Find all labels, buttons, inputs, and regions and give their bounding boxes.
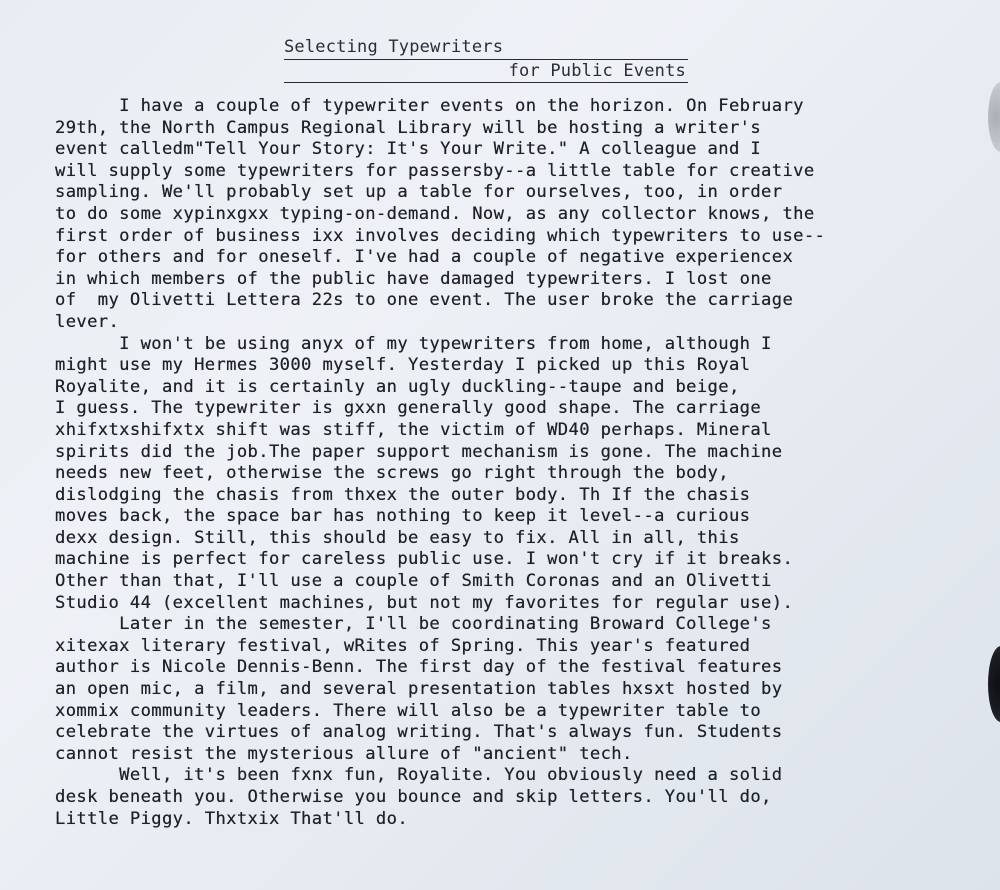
text-line: event calledm"Tell Your Story: It's Your… [55, 139, 1000, 161]
title-line-1: Selecting Typewriters [284, 36, 688, 60]
text-line: celebrate the virtues of analog writing.… [55, 722, 1000, 744]
text-line: xommix community leaders. There will als… [55, 701, 1000, 723]
text-line: Little Piggy. Thxtxix That'll do. [55, 809, 1000, 831]
text-line: of my Olivetti Lettera 22s to one event.… [55, 290, 1000, 312]
text-line: machine is perfect for careless public u… [55, 549, 1000, 571]
text-line: I won't be using anyx of my typewriters … [55, 334, 1000, 356]
text-line: lever. [55, 312, 1000, 334]
text-line: Other than that, I'll use a couple of Sm… [55, 571, 1000, 593]
text-line: moves back, the space bar has nothing to… [55, 506, 1000, 528]
text-line: dexx design. Still, this should be easy … [55, 528, 1000, 550]
text-line: might use my Hermes 3000 myself. Yesterd… [55, 355, 1000, 377]
text-line: to do some xypinxgxx typing-on-demand. N… [55, 204, 1000, 226]
text-line: xitexax literary festival, wRites of Spr… [55, 636, 1000, 658]
title-line-2: for Public Events [284, 60, 688, 83]
text-line: spirits did the job.The paper support me… [55, 442, 1000, 464]
text-line: needs new feet, otherwise the screws go … [55, 463, 1000, 485]
text-line: 29th, the North Campus Regional Library … [55, 118, 1000, 140]
text-line: sampling. We'll probably set up a table … [55, 182, 1000, 204]
text-line: in which members of the public have dama… [55, 269, 1000, 291]
text-line: xhifxtxshifxtx shift was stiff, the vict… [55, 420, 1000, 442]
text-line: dislodging the chasis from thxex the out… [55, 485, 1000, 507]
text-line: cannot resist the mysterious allure of "… [55, 744, 1000, 766]
text-line: for others and for oneself. I've had a c… [55, 247, 1000, 269]
text-line: I have a couple of typewriter events on … [55, 96, 1000, 118]
text-line: Well, it's been fxnx fun, Royalite. You … [55, 765, 1000, 787]
text-line: will supply some typewriters for passers… [55, 161, 1000, 183]
text-line: Later in the semester, I'll be coordinat… [55, 614, 1000, 636]
document-body: I have a couple of typewriter events on … [55, 96, 1000, 830]
text-line: first order of business ixx involves dec… [55, 226, 1000, 248]
document-title: Selecting Typewriters for Public Events [284, 36, 688, 83]
text-line: Royalite, and it is certainly an ugly du… [55, 377, 1000, 399]
text-line: author is Nicole Dennis-Benn. The first … [55, 657, 1000, 679]
text-line: an open mic, a film, and several present… [55, 679, 1000, 701]
text-line: Studio 44 (excellent machines, but not m… [55, 593, 1000, 615]
text-line: desk beneath you. Otherwise you bounce a… [55, 787, 1000, 809]
text-line: I guess. The typewriter is gxxn generall… [55, 398, 1000, 420]
typewritten-page: Selecting Typewriters for Public Events … [0, 0, 1000, 890]
